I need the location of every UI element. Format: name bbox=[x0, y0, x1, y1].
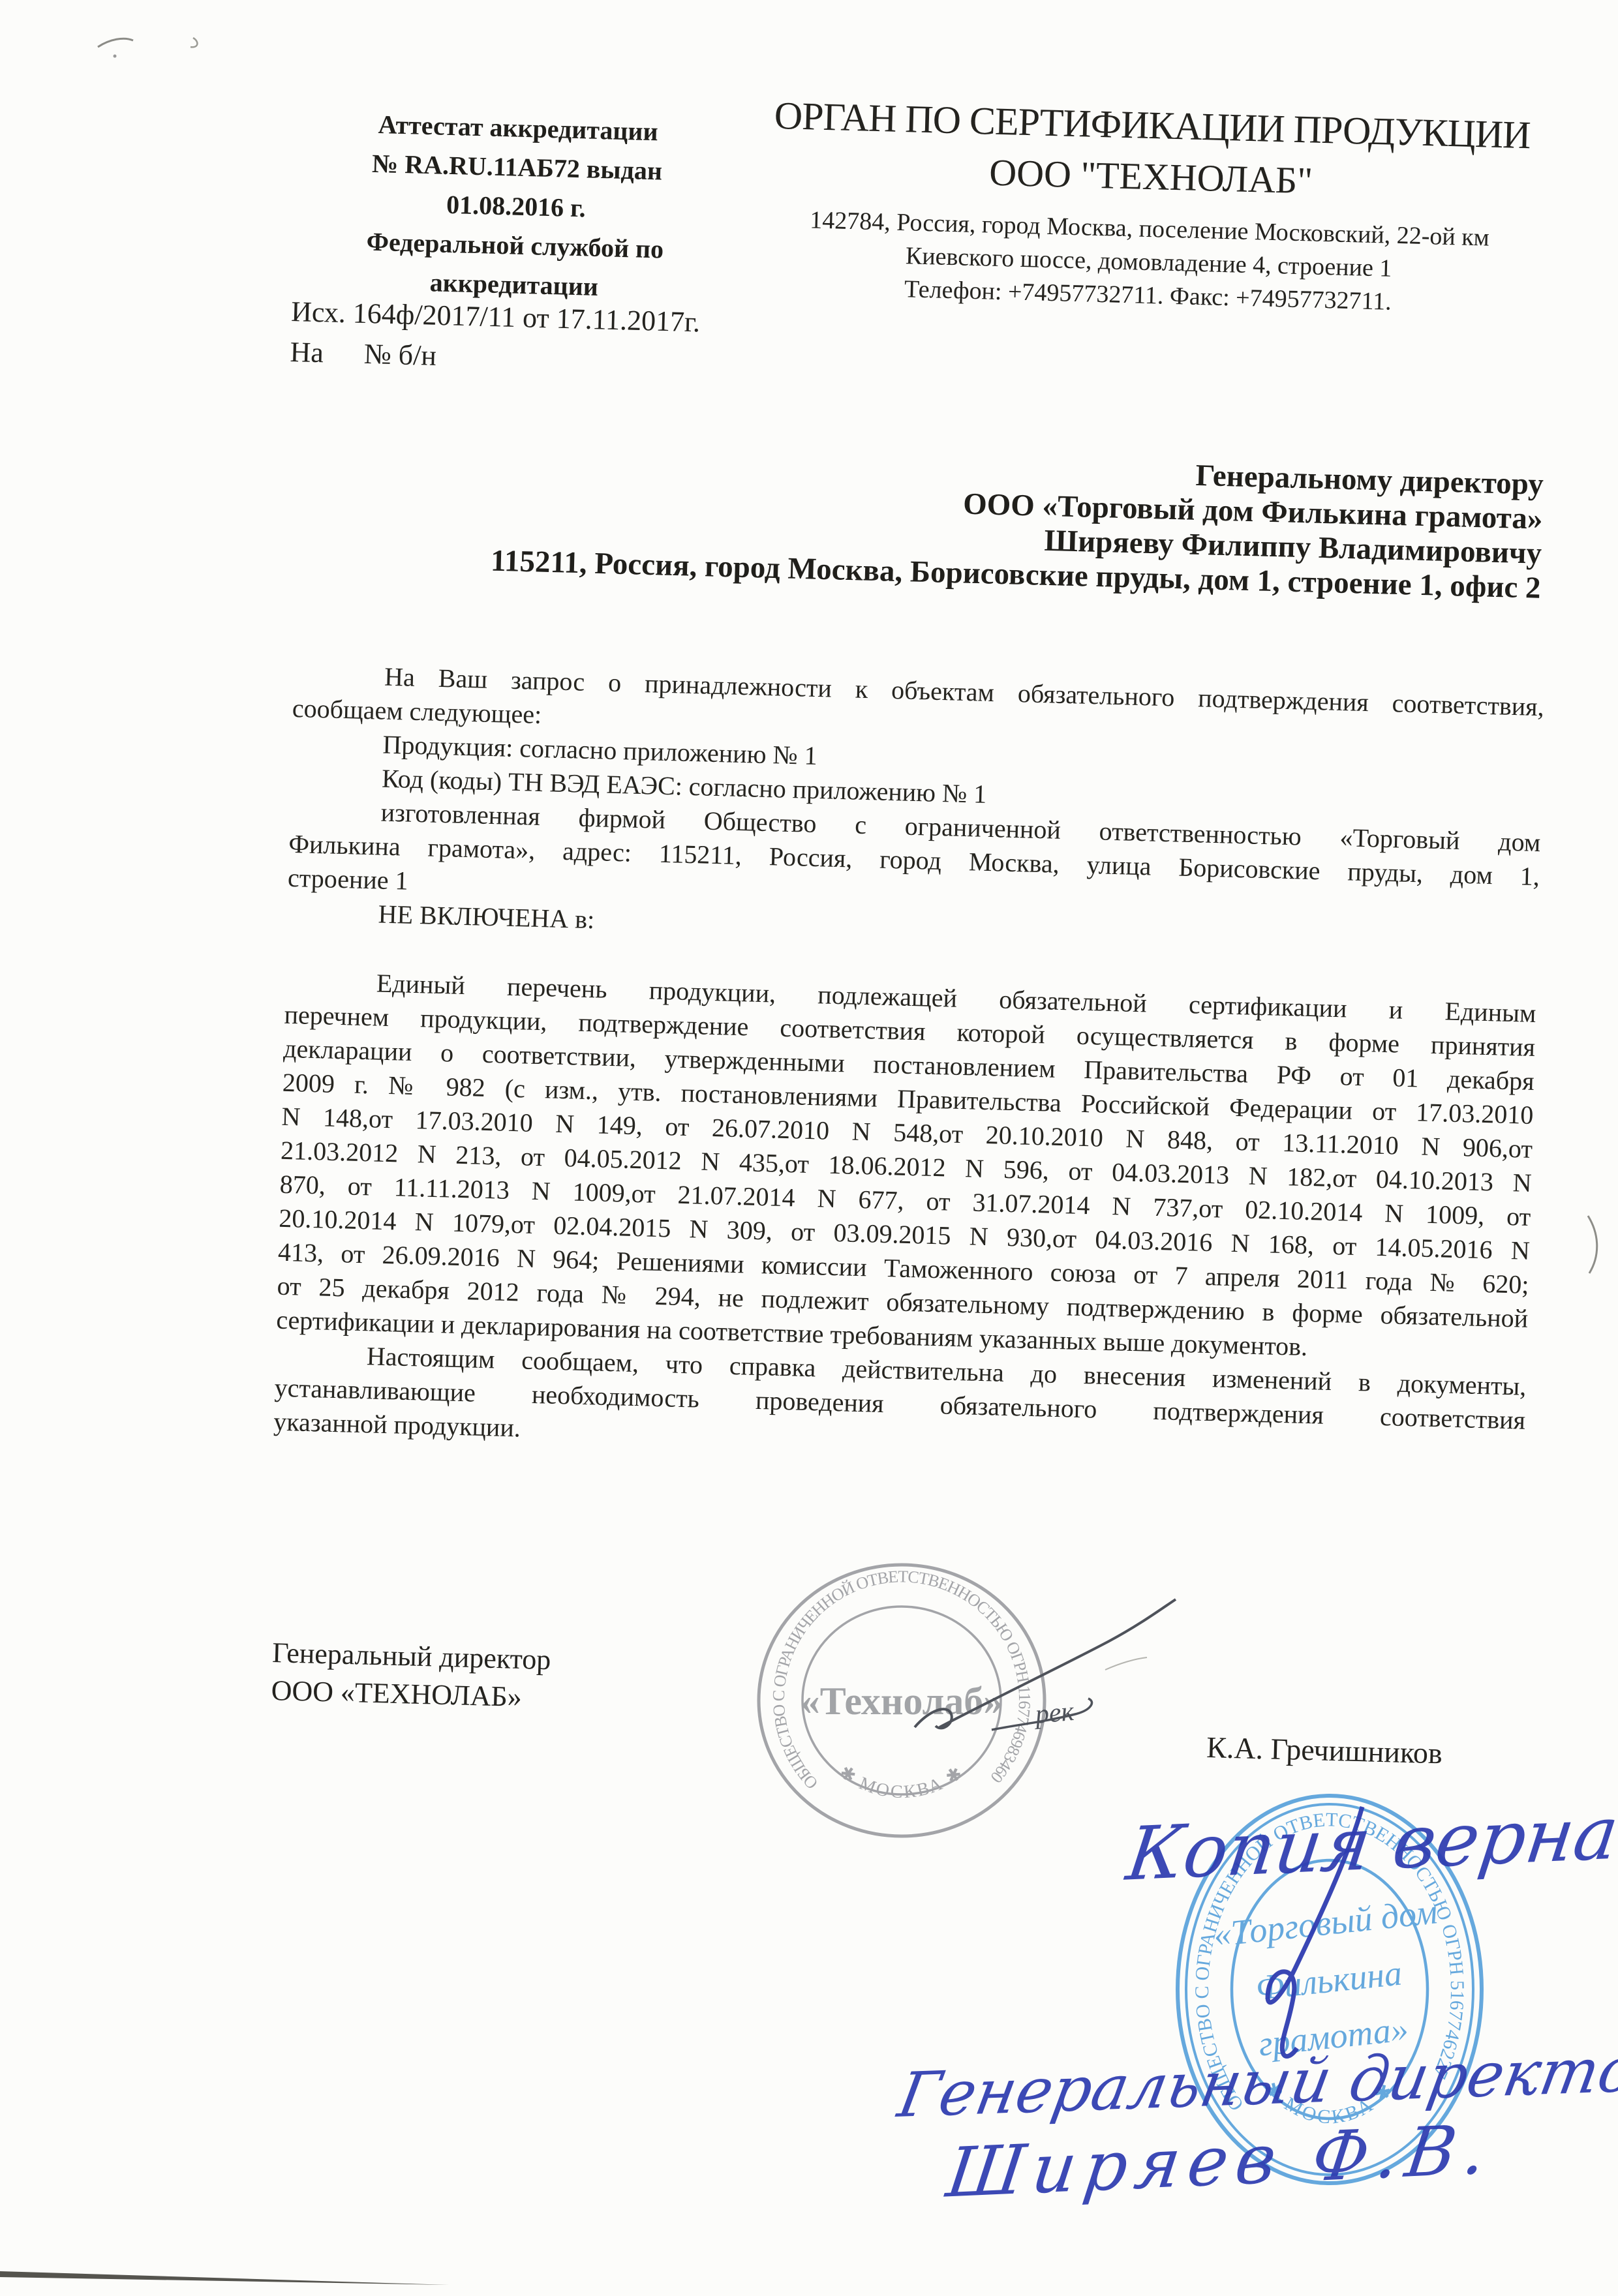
stamp-inner-ring bbox=[802, 1607, 1001, 1794]
signatory-company: ООО «ТЕХНОЛАБ» bbox=[271, 1672, 551, 1717]
scanned-letter-page: Аттестат аккредитации № RA.RU.11АБ72 выд… bbox=[0, 0, 1618, 2296]
scan-streak bbox=[1105, 1657, 1147, 1670]
scan-mark-right-edge bbox=[1588, 1216, 1597, 1273]
stamp-outer-ring bbox=[759, 1565, 1045, 1836]
stamp-center-line: «Торговый дом bbox=[1212, 1892, 1439, 1954]
org-address: 142784, Россия, город Москва, поселение … bbox=[722, 202, 1576, 324]
letter-body: На Ваш запрос о принадлежности к объекта… bbox=[273, 657, 1545, 1472]
stamp-city-text: ✱ МОСКВА ✱ bbox=[836, 1762, 968, 1802]
accreditation-block: Аттестат аккредитации № RA.RU.11АБ72 выд… bbox=[347, 104, 685, 309]
technolab-round-stamp: ОБЩЕСТВО С ОГРАНИЧЕННОЙ ОТВЕТСТВЕННОСТЬЮ… bbox=[756, 1560, 1050, 1843]
pen-note-text: рек bbox=[1032, 1697, 1075, 1730]
incoming-ref-value: № б/н bbox=[363, 338, 436, 372]
addressee-block: Генеральному директору ООО «Торговый дом… bbox=[423, 438, 1544, 606]
scan-line-bottom-left bbox=[0, 2271, 449, 2285]
org-header: ОРГАН ПО СЕРТИФИКАЦИИ ПРОДУКЦИИ ООО "ТЕХ… bbox=[722, 88, 1578, 324]
handwritten-copy-note: Копия верна bbox=[1122, 1790, 1618, 1897]
scan-dot bbox=[114, 55, 117, 58]
stamp-center-line: Филькина bbox=[1254, 1953, 1404, 2007]
stamp-center-text: «Технолаб» bbox=[801, 1680, 1003, 1723]
handwritten-position: Генеральный директор bbox=[893, 2033, 1618, 2132]
scan-mark-top-left-2 bbox=[191, 38, 197, 47]
signatory-title-block: Генеральный директор ООО «ТЕХНОЛАБ» bbox=[271, 1634, 551, 1717]
scan-mark-top-left bbox=[98, 38, 133, 47]
incoming-ref-label: На bbox=[290, 336, 324, 369]
stamp-center-script: «Торговый дом Филькина грамота» bbox=[1212, 1892, 1451, 2067]
reference-block: Исх. 164ф/2017/11 от 17.11.2017г. На№ б/… bbox=[290, 292, 701, 383]
stamp-ring-text: ОБЩЕСТВО С ОГРАНИЧЕННОЙ ОТВЕТСТВЕННОСТЬЮ… bbox=[769, 1567, 1034, 1792]
director-pen-signature bbox=[915, 1599, 1176, 1730]
signatory-name: К.А. Гречишников bbox=[1206, 1730, 1443, 1770]
